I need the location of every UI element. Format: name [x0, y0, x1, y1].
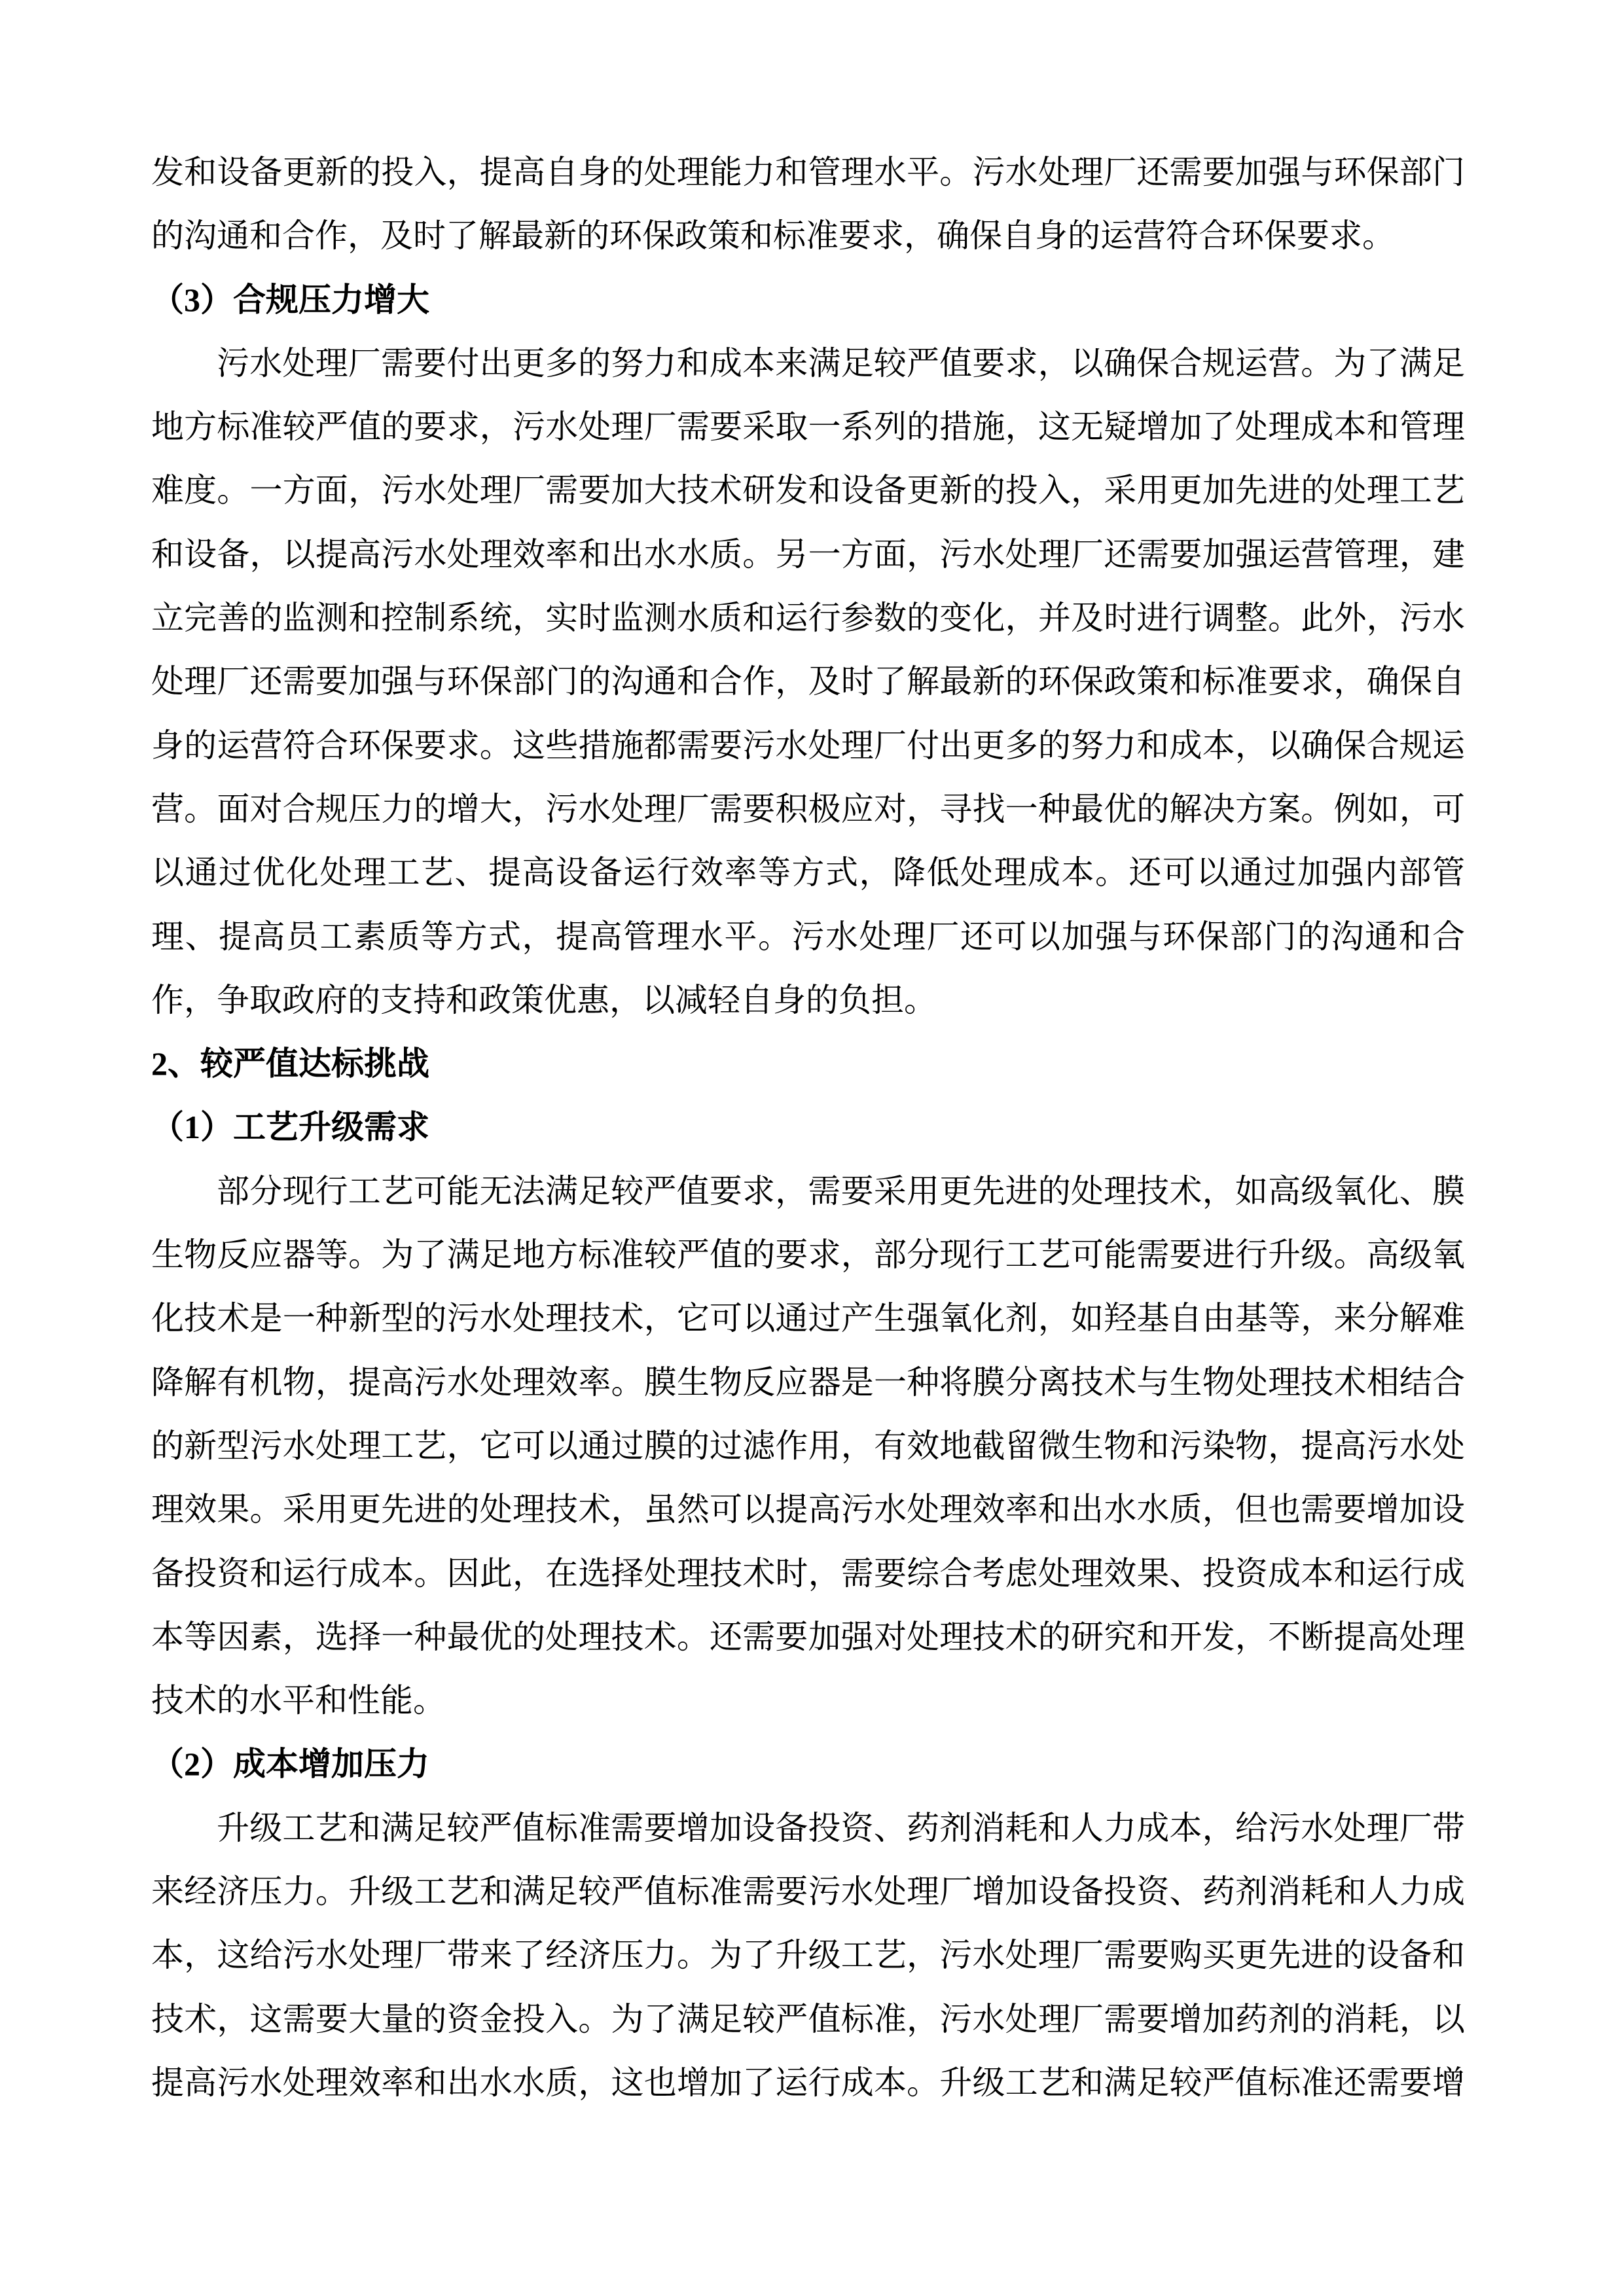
text-line: 本等因素，选择一种最优的处理技术。还需要加强对处理技术的研究和开发，不断提高处理 — [151, 1605, 1465, 1669]
text-line: 以通过优化处理工艺、提高设备运行效率等方式，降低处理成本。还可以通过加强内部管 — [151, 841, 1465, 905]
text-line: 立完善的监测和控制系统，实时监测水质和运行参数的变化，并及时进行调整。此外，污水 — [151, 586, 1465, 650]
text-line: 部分现行工艺可能无法满足较严值要求，需要采用更先进的处理技术，如高级氧化、膜 — [151, 1160, 1465, 1223]
heading-text: （2）成本增加压力 — [151, 1732, 1465, 1796]
text-line: 污水处理厂需要付出更多的努力和成本来满足较严值要求，以确保合规运营。为了满足 — [151, 332, 1465, 395]
text-line: 处理厂还需要加强与环保部门的沟通和合作，及时了解最新的环保政策和标准要求，确保自 — [151, 650, 1465, 713]
heading-text: （1）工艺升级需求 — [151, 1096, 1465, 1159]
text-line: 理效果。采用更先进的处理技术，虽然可以提高污水处理效率和出水水质，但也需要增加设 — [151, 1478, 1465, 1541]
text-line: 的沟通和合作，及时了解最新的环保政策和标准要求，确保自身的运营符合环保要求。 — [151, 204, 1465, 268]
text-line: 升级工艺和满足较严值标准需要增加设备投资、药剂消耗和人力成本，给污水处理厂带 — [151, 1797, 1465, 1860]
text-line: 技术的水平和性能。 — [151, 1669, 1465, 1732]
text-line: 身的运营符合环保要求。这些措施都需要污水处理厂付出更多的努力和成本，以确保合规运 — [151, 714, 1465, 778]
paragraph: 升级工艺和满足较严值标准需要增加设备投资、药剂消耗和人力成本，给污水处理厂带 来… — [151, 1797, 1465, 2115]
text-line: 作，争取政府的支持和政策优惠，以减轻自身的负担。 — [151, 969, 1465, 1032]
text-line: 技术，这需要大量的资金投入。为了满足较严值标准，污水处理厂需要增加药剂的消耗，以 — [151, 1988, 1465, 2051]
text-line: 提高污水处理效率和出水水质，这也增加了运行成本。升级工艺和满足较严值标准还需要增 — [151, 2051, 1465, 2115]
heading-text: 2、较严值达标挑战 — [151, 1032, 1465, 1096]
text-line: 降解有机物，提高污水处理效率。膜生物反应器是一种将膜分离技术与生物处理技术相结合 — [151, 1351, 1465, 1414]
text-line: 化技术是一种新型的污水处理技术，它可以通过产生强氧化剂，如羟基自由基等，来分解难 — [151, 1287, 1465, 1350]
text-line: 和设备，以提高污水处理效率和出水水质。另一方面，污水处理厂还需要加强运营管理，建 — [151, 523, 1465, 586]
heading-text: （3）合规压力增大 — [151, 268, 1465, 332]
text-line: 营。面对合规压力的增大，污水处理厂需要积极应对，寻找一种最优的解决方案。例如，可 — [151, 778, 1465, 841]
text-line: 生物反应器等。为了满足地方标准较严值的要求，部分现行工艺可能需要进行升级。高级氧 — [151, 1223, 1465, 1287]
section-heading-3: （1）工艺升级需求 — [151, 1096, 1465, 1159]
paragraph: 污水处理厂需要付出更多的努力和成本来满足较严值要求，以确保合规运营。为了满足 地… — [151, 332, 1465, 1032]
page-text-area: 发和设备更新的投入，提高自身的处理能力和管理水平。污水处理厂还需要加强与环保部门… — [151, 141, 1465, 2115]
paragraph-continuation: 发和设备更新的投入，提高自身的处理能力和管理水平。污水处理厂还需要加强与环保部门… — [151, 141, 1465, 268]
text-line: 理、提高员工素质等方式，提高管理水平。污水处理厂还可以加强与环保部门的沟通和合 — [151, 905, 1465, 969]
section-heading-3: （2）成本增加压力 — [151, 1732, 1465, 1796]
text-line: 本，这给污水处理厂带来了经济压力。为了升级工艺，污水处理厂需要购买更先进的设备和 — [151, 1924, 1465, 1987]
section-heading-3: （3）合规压力增大 — [151, 268, 1465, 332]
text-line: 地方标准较严值的要求，污水处理厂需要采取一系列的措施，这无疑增加了处理成本和管理 — [151, 395, 1465, 459]
paragraph: 部分现行工艺可能无法满足较严值要求，需要采用更先进的处理技术，如高级氧化、膜 生… — [151, 1160, 1465, 1733]
text-line: 发和设备更新的投入，提高自身的处理能力和管理水平。污水处理厂还需要加强与环保部门 — [151, 141, 1465, 204]
text-line: 难度。一方面，污水处理厂需要加大技术研发和设备更新的投入，采用更加先进的处理工艺 — [151, 459, 1465, 522]
text-line: 备投资和运行成本。因此，在选择处理技术时，需要综合考虑处理效果、投资成本和运行成 — [151, 1542, 1465, 1605]
text-line: 的新型污水处理工艺，它可以通过膜的过滤作用，有效地截留微生物和污染物，提高污水处 — [151, 1414, 1465, 1478]
section-heading-2: 2、较严值达标挑战 — [151, 1032, 1465, 1096]
text-line: 来经济压力。升级工艺和满足较严值标准需要污水处理厂增加设备投资、药剂消耗和人力成 — [151, 1860, 1465, 1924]
